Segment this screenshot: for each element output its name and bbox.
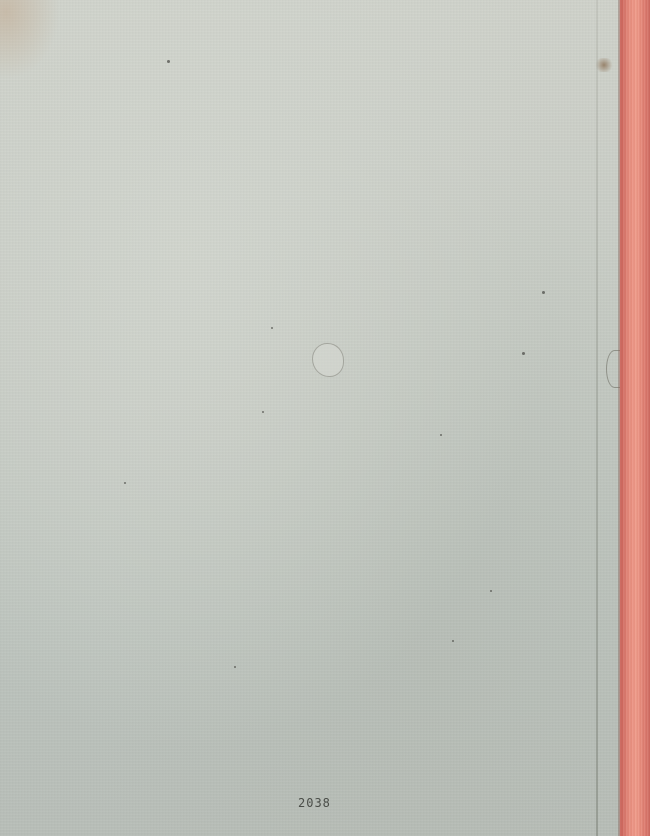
speck [522, 352, 525, 355]
water-stain [312, 343, 344, 377]
speck [542, 291, 545, 294]
speck [262, 411, 264, 413]
speck [271, 327, 273, 329]
cover-fold-line [596, 0, 598, 836]
cloth-spine [620, 0, 650, 836]
corner-stain [0, 0, 60, 80]
speck [452, 640, 454, 642]
catalog-number: 2038 [298, 796, 331, 810]
speck [440, 434, 442, 436]
speck [167, 60, 170, 63]
speck [490, 590, 492, 592]
speck [234, 666, 236, 668]
speck [124, 482, 126, 484]
book-back-cover-photo: 2038 [0, 0, 650, 836]
back-cover-board: 2038 [0, 0, 622, 836]
